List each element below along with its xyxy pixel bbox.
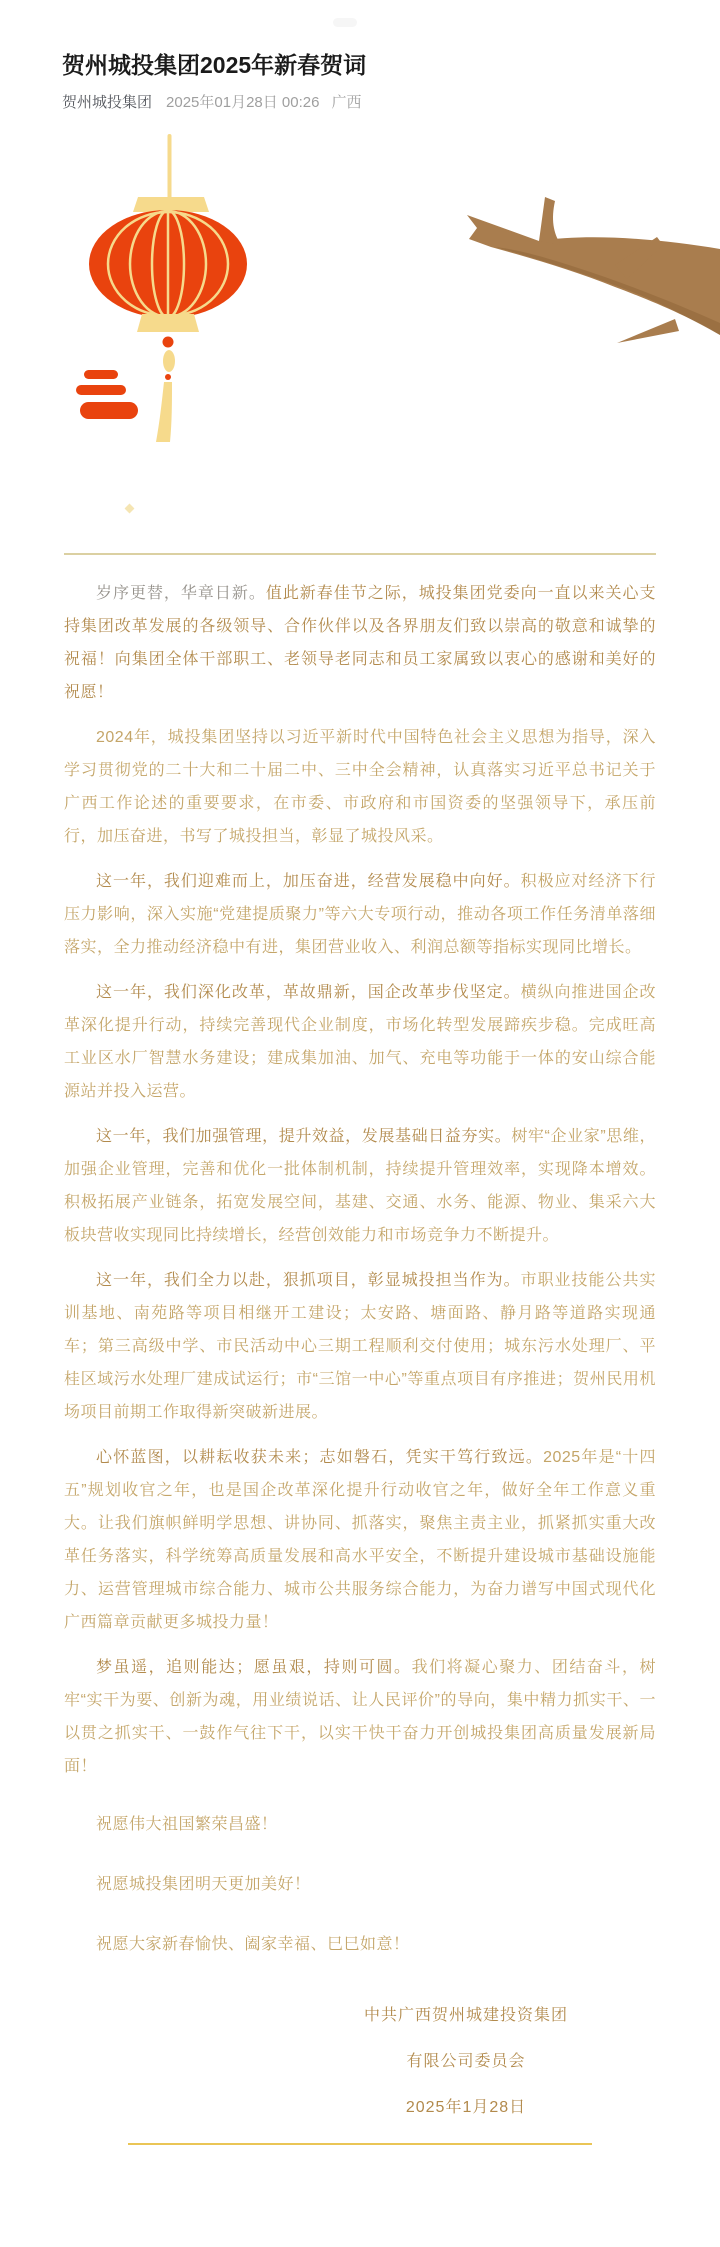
paragraph: 这一年，我们深化改革，革故鼎新，国企改革步伐坚定。横纵向推进国企改革深化提升行动… bbox=[64, 976, 656, 1108]
wishes: 祝愿伟大祖国繁荣昌盛！祝愿城投集团明天更加美好！祝愿大家新春愉快、阖家幸福、巳巳… bbox=[64, 1813, 656, 1957]
signature-line: 有限公司委员会 bbox=[364, 2039, 568, 2085]
signature-line: 中共广西贺州城建投资集团 bbox=[364, 1993, 568, 2039]
wish-line: 祝愿大家新春愉快、阖家幸福、巳巳如意！ bbox=[64, 1933, 656, 1957]
publish-date: 2025年01月28日 00:26 bbox=[166, 94, 319, 111]
paragraph: 这一年，我们加强管理，提升效益，发展基础日益夯实。树牢“企业家”思维，加强企业管… bbox=[64, 1120, 656, 1252]
byline: 贺州城投集团2025年01月28日 00:26广西 bbox=[62, 92, 658, 114]
faint-status-pill bbox=[333, 18, 357, 27]
account-link[interactable]: 贺州城投集团 bbox=[62, 94, 152, 111]
paragraph: 这一年，我们全力以赴，狠抓项目，彰显城投担当作为。市职业技能公共实训基地、南苑路… bbox=[64, 1264, 656, 1429]
paragraph: 2024年，城投集团坚持以习近平新时代中国特色社会主义思想为指导，深入学习贯彻党… bbox=[64, 721, 656, 853]
article-body: 岁序更替，华章日新。值此新春佳节之际，城投集团党委向一直以来关心支持集团改革发展… bbox=[64, 577, 656, 1783]
red-lantern-icon bbox=[68, 130, 268, 460]
article-content: 岁序更替，华章日新。值此新春佳节之际，城投集团党委向一直以来关心支持集团改革发展… bbox=[0, 555, 720, 2145]
paragraph: 心怀蓝图，以耕耘收获未来；志如磐石，凭实干笃行致远。2025年是“十四五”规划收… bbox=[64, 1441, 656, 1639]
wish-line: 祝愿城投集团明天更加美好！ bbox=[64, 1873, 656, 1897]
signature-line: 2025年1月28日 bbox=[364, 2085, 568, 2131]
sparkle-icon bbox=[125, 504, 135, 514]
red-knot-ornament bbox=[76, 370, 138, 419]
tree-branch-icon bbox=[465, 195, 720, 355]
signature-block: 中共广西贺州城建投资集团有限公司委员会2025年1月28日 bbox=[364, 1993, 568, 2131]
page-title: 贺州城投集团2025年新春贺词 bbox=[62, 50, 658, 80]
article-header: 贺州城投集团2025年新春贺词 贺州城投集团2025年01月28日 00:26广… bbox=[0, 0, 720, 114]
wish-line: 祝愿伟大祖国繁荣昌盛！ bbox=[64, 1813, 656, 1837]
bottom-divider bbox=[128, 2143, 592, 2145]
paragraph: 梦虽遥，追则能达；愿虽艰，持则可圆。我们将凝心聚力、团结奋斗，树牢“实干为要、创… bbox=[64, 1651, 656, 1783]
hero-image[interactable] bbox=[0, 130, 720, 553]
publish-region: 广西 bbox=[331, 94, 361, 111]
paragraph: 岁序更替，华章日新。值此新春佳节之际，城投集团党委向一直以来关心支持集团改革发展… bbox=[64, 577, 656, 709]
paragraph: 这一年，我们迎难而上，加压奋进，经营发展稳中向好。积极应对经济下行压力影响，深入… bbox=[64, 865, 656, 964]
